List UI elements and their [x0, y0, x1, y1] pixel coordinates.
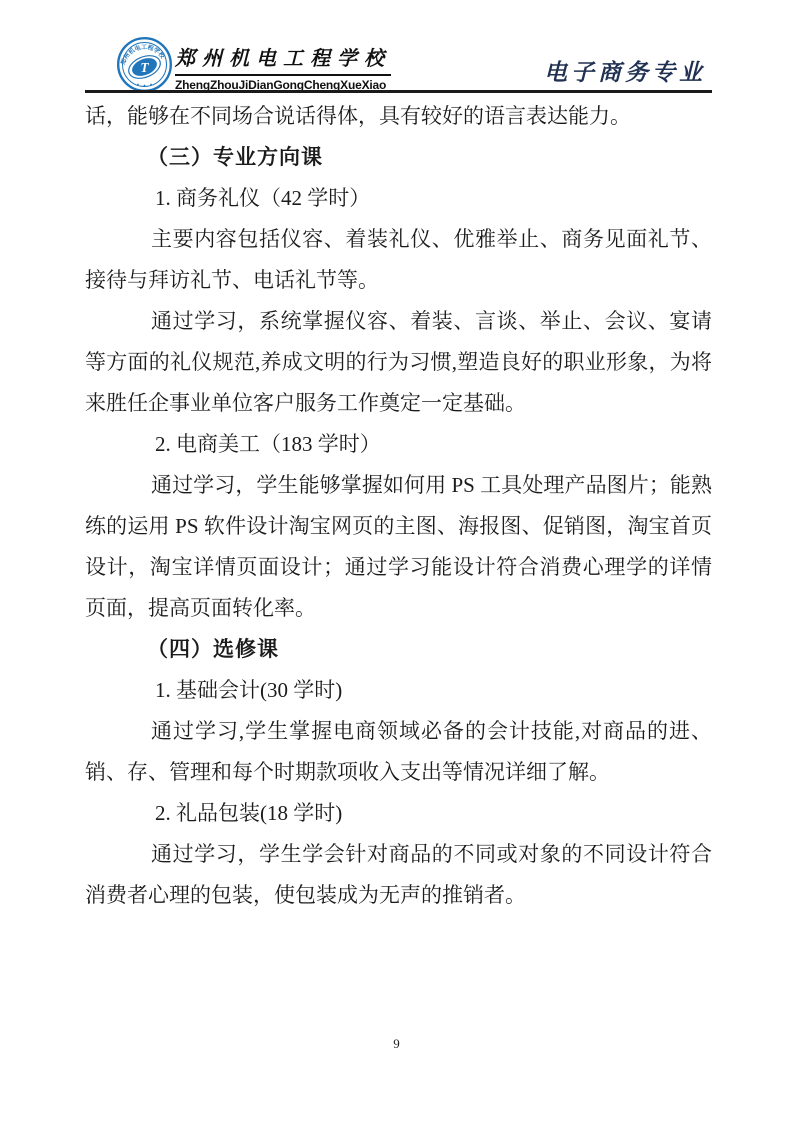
section-heading-3: （三）专业方向课	[85, 137, 712, 178]
course-item: 2. 礼品包装(18 学时)	[85, 793, 712, 834]
course-item: 1. 基础会计(30 学时)	[85, 670, 712, 711]
svg-text:T: T	[140, 60, 149, 75]
section-heading-4: （四）选修课	[85, 629, 712, 670]
paragraph: 通过学习，学生能够掌握如何用 PS 工具处理产品图片；能熟练的运用 PS 软件设…	[85, 465, 712, 629]
page-header: 郑州机电工程学校 T 郑州机电工程学校 ZhengZhouJiDianGongC…	[85, 33, 712, 90]
school-name: 郑州机电工程学校	[175, 42, 391, 76]
document-page: 郑州机电工程学校 T 郑州机电工程学校 ZhengZhouJiDianGongC…	[0, 0, 793, 1122]
school-name-block: 郑州机电工程学校 ZhengZhouJiDianGongChengXueXiao	[175, 42, 391, 92]
paragraph: 通过学习，系统掌握仪容、着装、言谈、举止、会议、宴请等方面的礼仪规范,养成文明的…	[85, 301, 712, 424]
paragraph: 通过学习，学生学会针对商品的不同或对象的不同设计符合消费者心理的包装，使包装成为…	[85, 834, 712, 916]
paragraph: 主要内容包括仪容、着装礼仪、优雅举止、商务见面礼节、接待与拜访礼节、电话礼节等。	[85, 219, 712, 301]
document-body: 话，能够在不同场合说话得体，具有较好的语言表达能力。 （三）专业方向课 1. 商…	[85, 96, 712, 916]
program-title: 电子商务专业	[544, 54, 706, 87]
header-rule	[85, 90, 712, 93]
paragraph: 通过学习,学生掌握电商领域必备的会计技能,对商品的进、销、存、管理和每个时期款项…	[85, 711, 712, 793]
paragraph-continuation: 话，能够在不同场合说话得体，具有较好的语言表达能力。	[85, 96, 712, 137]
course-item: 2. 电商美工（183 学时）	[85, 424, 712, 465]
school-logo-icon: 郑州机电工程学校 T	[116, 36, 173, 93]
course-item: 1. 商务礼仪（42 学时）	[85, 178, 712, 219]
page-number: 9	[0, 1036, 793, 1052]
